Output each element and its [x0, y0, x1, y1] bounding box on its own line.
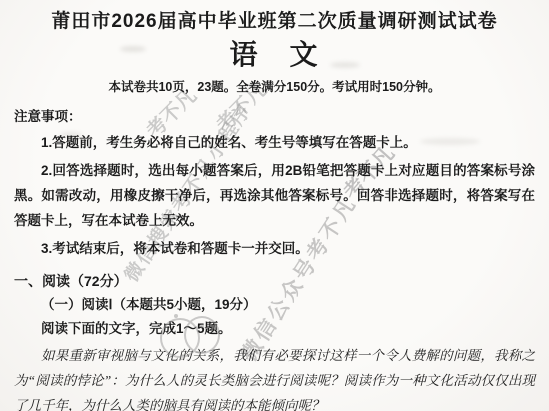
paper-title: 莆田市2026届高中毕业班第二次质量调研测试试卷: [20, 10, 529, 34]
section-heading: 一、阅读（72分）: [14, 269, 535, 293]
exam-paper-page: 考不凡 考不凡 考不凡 微信搜索考不凡小程序 微信公众号考不凡 莆田市2026届…: [0, 0, 549, 411]
page-content: 莆田市2026届高中毕业班第二次质量调研测试试卷 语 文 本试卷共10页，23题…: [0, 10, 549, 411]
notice-heading: 注意事项：: [14, 106, 535, 127]
notice-item-3: 3.考试结束后，将本试卷和答题卡一并交回。: [14, 236, 535, 261]
reading-section: 一、阅读（72分） （一）阅读Ⅰ（本题共5小题，19分） 阅读下面的文字，完成1…: [14, 269, 535, 411]
subject-title: 语 文: [14, 38, 535, 72]
notice-section: 注意事项： 1.答题前，考生务必将自己的姓名、考生号等填写在答题卡上。 2.回答…: [14, 106, 535, 261]
part-heading: （一）阅读Ⅰ（本题共5小题，19分）: [14, 293, 535, 317]
exam-info: 本试卷共10页，23题。全卷满分150分。考试用时150分钟。: [14, 79, 535, 96]
reading-instruction: 阅读下面的文字，完成1～5题。: [14, 317, 535, 341]
passage-paragraph: 如果重新审视脑与文化的关系，我们有必要探讨这样一个令人费解的问题，我称之为“阅读…: [14, 343, 535, 411]
notice-item-2: 2.回答选择题时，选出每小题答案后，用2B铅笔把答题卡上对应题目的答案标号涂黑。…: [14, 158, 535, 233]
notice-item-1: 1.答题前，考生务必将自己的姓名、考生号等填写在答题卡上。: [14, 130, 535, 155]
